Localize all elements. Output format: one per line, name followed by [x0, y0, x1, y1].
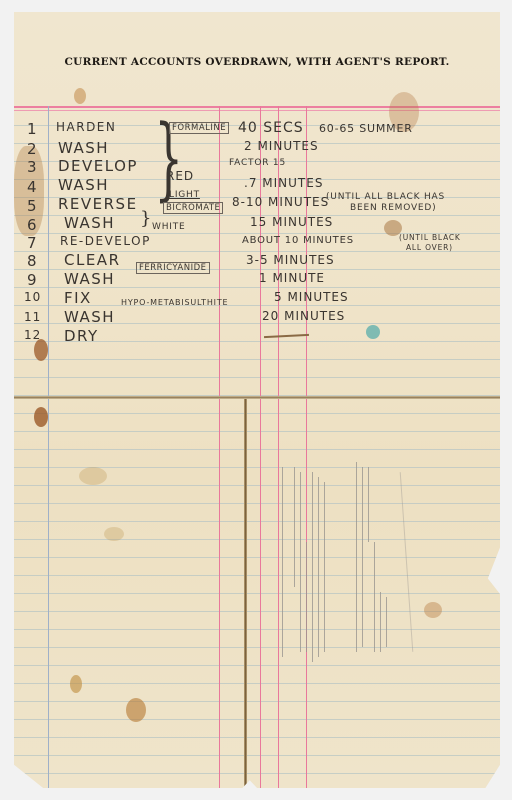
chemical-label-red: RED — [166, 169, 194, 183]
paper-sheet: CURRENT ACCOUNTS OVERDRAWN, WITH AGENT'S… — [14, 12, 500, 788]
chemical-label-ferricyanide: FERRICYANIDE — [136, 262, 210, 274]
time-value: .7 MINUTES — [244, 176, 323, 190]
step-number: 8 — [27, 252, 38, 270]
step-name: WASH — [58, 176, 109, 194]
chemical-label-light: LIGHT — [169, 190, 200, 200]
step-name: CLEAR — [64, 251, 121, 269]
time-value: 15 MINUTES — [250, 215, 333, 229]
time-value: 3-5 MINUTES — [246, 253, 335, 267]
chemical-label-bicromate: BICROMATE — [163, 202, 223, 214]
note-reverse-line2: BEEN REMOVED) — [350, 203, 436, 213]
step-number: 12 — [24, 328, 41, 342]
step-name: DRY — [64, 327, 99, 345]
horizontal-fold-crease — [14, 396, 500, 399]
left-margin-line — [48, 106, 49, 788]
sketch-stroke — [356, 462, 357, 652]
sketch-stroke — [318, 477, 319, 657]
sketch-stroke — [294, 467, 295, 587]
stain — [74, 88, 86, 104]
time-value: ABOUT 10 MINUTES — [242, 235, 354, 246]
time-value: 20 MINUTES — [262, 309, 345, 323]
sketch-stroke — [380, 592, 381, 652]
time-value: 2 MINUTES — [244, 139, 319, 153]
step-number: 9 — [27, 271, 38, 289]
printed-header: CURRENT ACCOUNTS OVERDRAWN, WITH AGENT'S… — [14, 56, 500, 68]
step-name: WASH — [64, 214, 115, 232]
step-number: 11 — [24, 310, 41, 324]
stain — [34, 339, 48, 361]
step-name: WASH — [64, 270, 115, 288]
step-number: 7 — [27, 234, 38, 252]
step-name: FIX — [64, 289, 92, 307]
chemical-label-formaline: FORMALINE — [169, 122, 229, 134]
step-number: 2 — [27, 140, 38, 158]
step-number: 6 — [27, 216, 38, 234]
chemical-label-white: WHITE — [152, 222, 186, 232]
note-summer: 60-65 SUMMER — [319, 122, 413, 135]
sketch-stroke — [386, 597, 387, 647]
step-number: 4 — [27, 178, 38, 196]
time-value: 40 SECS — [238, 120, 304, 136]
step-name: HARDEN — [56, 120, 116, 134]
note-redevelop-line1: (UNTIL BLACK — [399, 233, 461, 242]
step-name: DEVELOP — [58, 157, 138, 175]
sketch-stroke — [300, 472, 301, 652]
time-value: FACTOR 15 — [229, 158, 286, 168]
stain — [424, 602, 442, 618]
sketch-stroke — [312, 472, 313, 662]
top-red-rule-secondary — [14, 110, 500, 111]
sketch-stroke — [374, 542, 375, 652]
sketch-stroke — [324, 482, 325, 652]
vertical-fold-crease — [244, 399, 247, 788]
stain — [79, 467, 107, 485]
step-name: REVERSE — [58, 195, 138, 213]
note-reverse-line1: (UNTIL ALL BLACK HAS — [326, 192, 445, 202]
brace-small: } — [140, 208, 151, 229]
stain — [126, 698, 146, 722]
stain-teal — [366, 325, 380, 339]
sketch-stroke — [368, 467, 369, 542]
stain — [34, 407, 48, 427]
stain — [104, 527, 124, 541]
chemical-label-hypo: HYPO-METABISULTHITE — [121, 298, 228, 307]
sketch-stroke — [306, 542, 307, 652]
note-redevelop-line2: ALL OVER) — [406, 243, 453, 252]
step-number: 1 — [27, 120, 38, 138]
step-number: 3 — [27, 158, 38, 176]
time-value: 8-10 MINUTES — [232, 195, 329, 209]
time-value: 1 MINUTE — [259, 271, 325, 285]
top-red-rule — [14, 106, 500, 108]
step-name: WASH — [64, 308, 115, 326]
sketch-stroke — [282, 467, 283, 657]
step-name: WASH — [58, 139, 109, 157]
step-name: RE-DEVELOP — [60, 234, 151, 248]
step-number: 5 — [27, 197, 38, 215]
sketch-stroke — [362, 467, 363, 647]
stain — [70, 675, 82, 693]
time-value: 5 MINUTES — [274, 290, 349, 304]
step-number: 10 — [24, 290, 41, 304]
